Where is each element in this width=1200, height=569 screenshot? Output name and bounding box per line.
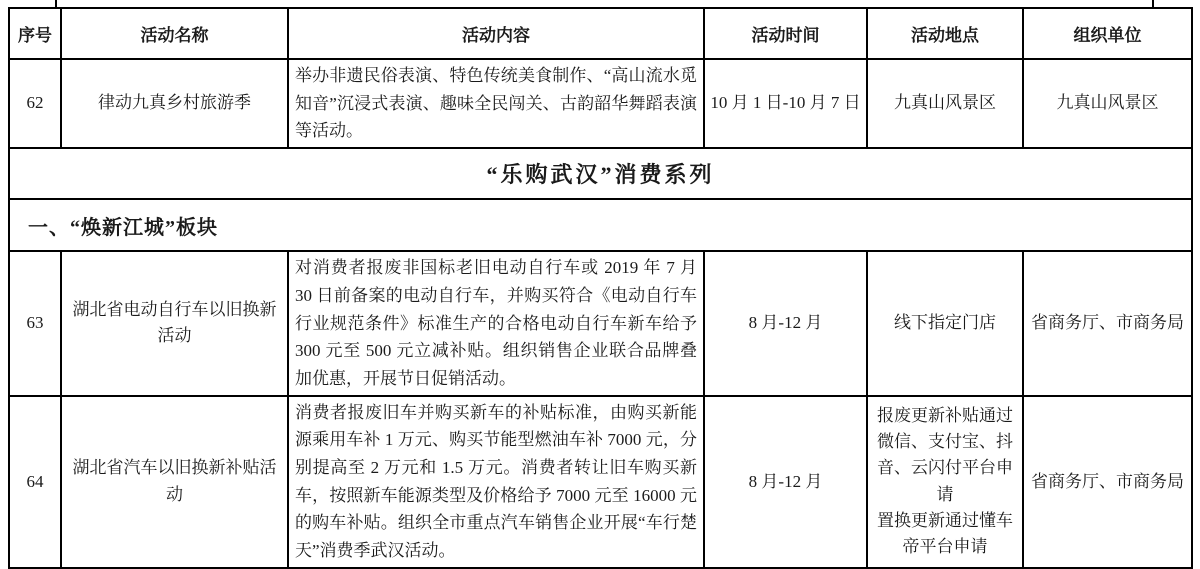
cell-index: 63 [9, 251, 61, 396]
table-row-63: 63 湖北省电动自行车以旧换新活动 对消费者报废非国标老旧电动自行车或 2019… [9, 251, 1192, 396]
activities-table: 序号 活动名称 活动内容 活动时间 活动地点 组织单位 62 律动九真乡村旅游季… [8, 7, 1193, 569]
cell-organizer: 九真山风景区 [1023, 59, 1192, 148]
cell-activity-time: 8 月-12 月 [704, 396, 867, 568]
column-header-index: 序号 [9, 8, 61, 59]
cell-index: 62 [9, 59, 61, 148]
cell-activity-content: 对消费者报废非国标老旧电动自行车或 2019 年 7 月 30 日前备案的电动自… [288, 251, 704, 396]
cell-activity-location: 报废更新补贴通过微信、支付宝、抖音、云闪付平台申请 置换更新通过懂车帝平台申请 [867, 396, 1023, 568]
table-row-64: 64 湖北省汽车以旧换新补贴活动 消费者报废旧车并购买新车的补贴标准，由购买新能… [9, 396, 1192, 568]
column-header-location: 活动地点 [867, 8, 1023, 59]
cropped-gridline-remnant-left [55, 0, 57, 7]
column-header-content: 活动内容 [288, 8, 704, 59]
cell-activity-location: 九真山风景区 [867, 59, 1023, 148]
cell-activity-content: 举办非遗民俗表演、特色传统美食制作、“高山流水觅知音”沉浸式表演、趣味全民闯关、… [288, 59, 704, 148]
cell-activity-time: 10 月 1 日-10 月 7 日 [704, 59, 867, 148]
table-row-62: 62 律动九真乡村旅游季 举办非遗民俗表演、特色传统美食制作、“高山流水觅知音”… [9, 59, 1192, 148]
cell-organizer: 省商务厅、市商务局 [1023, 251, 1192, 396]
cell-activity-name: 律动九真乡村旅游季 [61, 59, 288, 148]
column-header-name: 活动名称 [61, 8, 288, 59]
subsection-title: 一、“焕新江城”板块 [9, 199, 1192, 251]
cell-activity-name: 湖北省汽车以旧换新补贴活动 [61, 396, 288, 568]
column-header-organizer: 组织单位 [1023, 8, 1192, 59]
cell-activity-name: 湖北省电动自行车以旧换新活动 [61, 251, 288, 396]
subsection-row: 一、“焕新江城”板块 [9, 199, 1192, 251]
cell-activity-content: 消费者报废旧车并购买新车的补贴标准，由购买新能源乘用车补 1 万元、购买节能型燃… [288, 396, 704, 568]
cell-index: 64 [9, 396, 61, 568]
header-row: 序号 活动名称 活动内容 活动时间 活动地点 组织单位 [9, 8, 1192, 59]
section-row: “乐购武汉”消费系列 [9, 148, 1192, 199]
column-header-time: 活动时间 [704, 8, 867, 59]
cell-activity-location: 线下指定门店 [867, 251, 1023, 396]
cell-organizer: 省商务厅、市商务局 [1023, 396, 1192, 568]
cell-activity-time: 8 月-12 月 [704, 251, 867, 396]
section-title: “乐购武汉”消费系列 [9, 148, 1192, 199]
